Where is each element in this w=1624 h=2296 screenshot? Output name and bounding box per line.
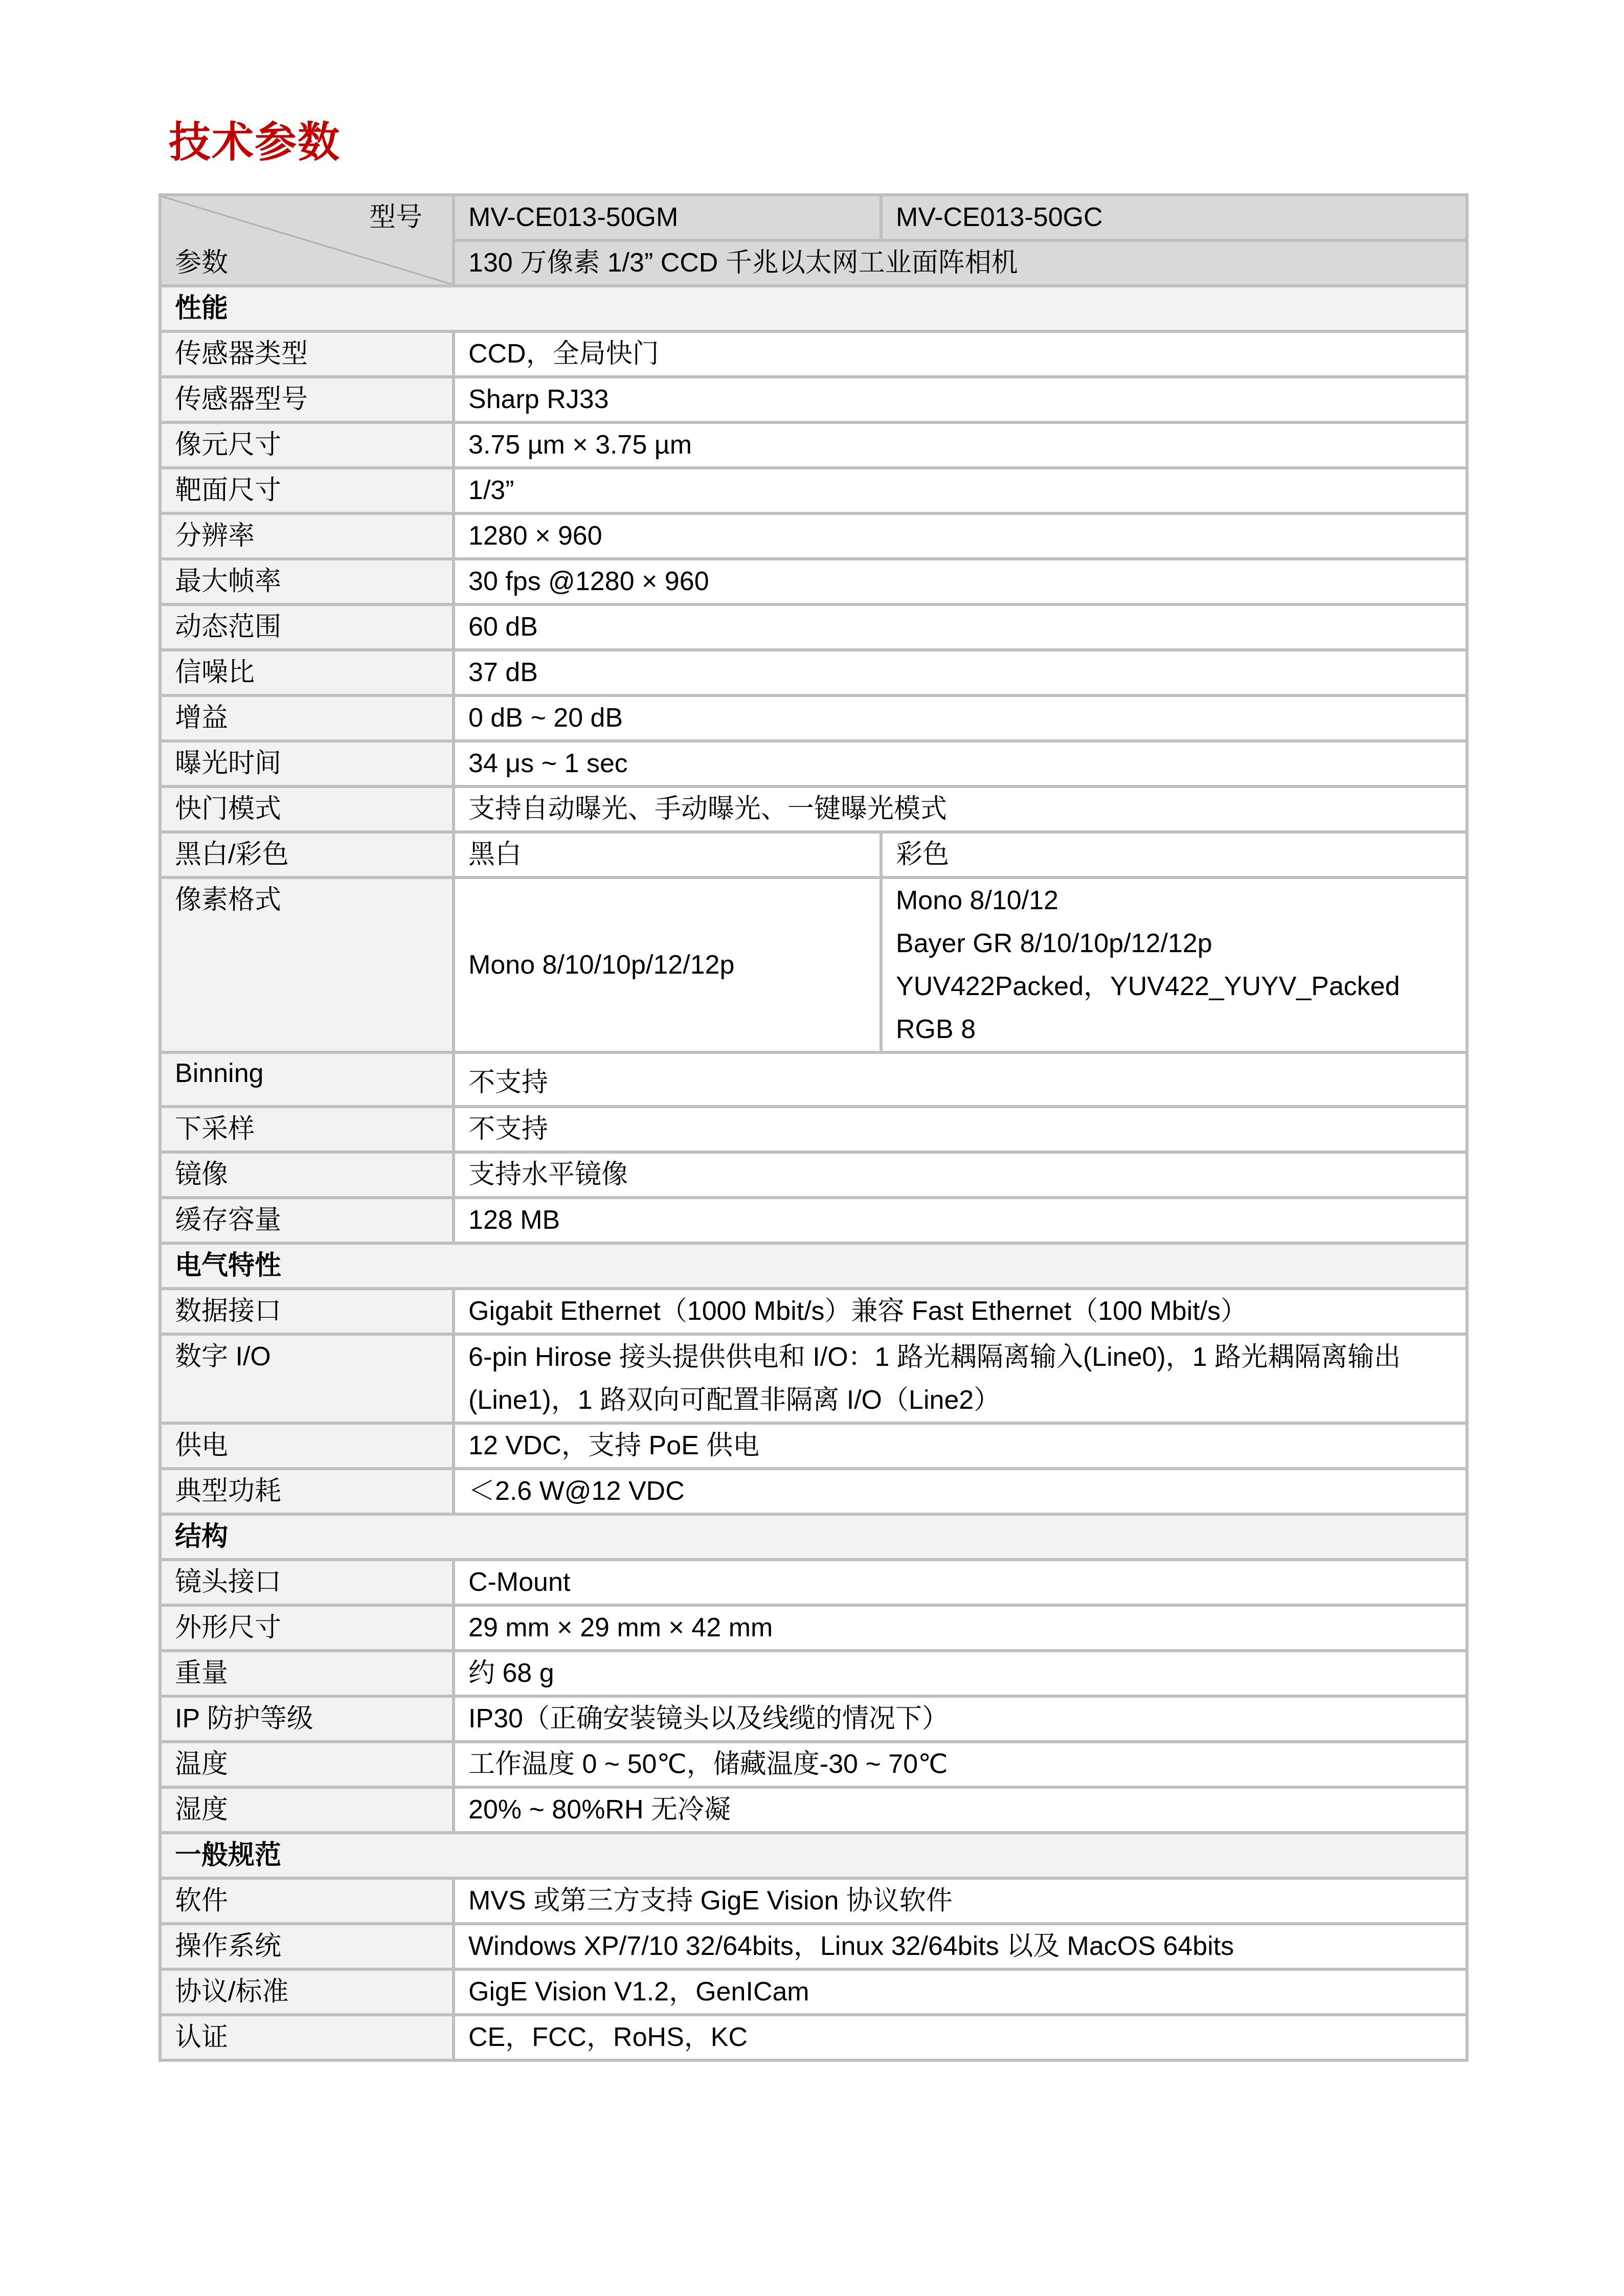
- corner-param-label: 参数: [175, 242, 228, 284]
- table-row: 协议/标准 GigE Vision V1.2，GenICam: [160, 1969, 1467, 2015]
- table-row: 曝光时间 34 μs ~ 1 sec: [160, 741, 1467, 786]
- header-row-models: 型号 参数 MV-CE013-50GM MV-CE013-50GC: [160, 195, 1467, 240]
- table-row: 数字 I/O 6-pin Hirose 接头提供供电和 I/O：1 路光耦隔离输…: [160, 1334, 1467, 1423]
- table-row: 认证 CE，FCC，RoHS，KC: [160, 2015, 1467, 2060]
- table-row: 分辨率 1280 × 960: [160, 513, 1467, 559]
- row-value: 支持自动曝光、手动曝光、一键曝光模式: [454, 786, 1467, 832]
- row-label: 传感器类型: [160, 331, 454, 377]
- row-label: 镜像: [160, 1152, 454, 1198]
- row-label: 曝光时间: [160, 741, 454, 786]
- page-title: 技术参数: [169, 122, 341, 164]
- table-row: 黑白/彩色 黑白 彩色: [160, 832, 1467, 877]
- table-row: 动态范围 60 dB: [160, 604, 1467, 650]
- row-value-gc: Mono 8/10/12 Bayer GR 8/10/10p/12/12p YU…: [881, 877, 1467, 1052]
- row-value: MVS 或第三方支持 GigE Vision 协议软件: [454, 1878, 1467, 1924]
- row-value: 34 μs ~ 1 sec: [454, 741, 1467, 786]
- section-row: 结构: [160, 1514, 1467, 1560]
- row-label: 数据接口: [160, 1289, 454, 1334]
- row-value-gm: Mono 8/10/10p/12/12p: [454, 877, 881, 1052]
- row-value: GigE Vision V1.2，GenICam: [454, 1969, 1467, 2015]
- table-row: 供电 12 VDC，支持 PoE 供电: [160, 1423, 1467, 1469]
- row-value-gm: 黑白: [454, 832, 881, 877]
- section-title-general: 一般规范: [160, 1833, 1467, 1878]
- row-label: 认证: [160, 2015, 454, 2060]
- row-value: 128 MB: [454, 1198, 1467, 1243]
- row-label: 缓存容量: [160, 1198, 454, 1243]
- row-label: 动态范围: [160, 604, 454, 650]
- row-label: 镜头接口: [160, 1560, 454, 1605]
- row-value: 20% ~ 80%RH 无冷凝: [454, 1787, 1467, 1833]
- table-row: 最大帧率 30 fps @1280 × 960: [160, 559, 1467, 604]
- row-label: 供电: [160, 1423, 454, 1469]
- table-row: 镜像 支持水平镜像: [160, 1152, 1467, 1198]
- table-row: 操作系统 Windows XP/7/10 32/64bits，Linux 32/…: [160, 1924, 1467, 1969]
- row-value: CCD，全局快门: [454, 331, 1467, 377]
- row-label: Binning: [160, 1052, 454, 1107]
- pixel-format-line: Mono 8/10/12: [896, 879, 1465, 922]
- table-row: 靶面尺寸 1/3”: [160, 468, 1467, 513]
- row-value: ＜2.6 W@12 VDC: [454, 1469, 1467, 1514]
- table-row: 信噪比 37 dB: [160, 650, 1467, 695]
- row-label: 最大帧率: [160, 559, 454, 604]
- row-label: 温度: [160, 1742, 454, 1787]
- row-label: 外形尺寸: [160, 1605, 454, 1651]
- row-value: 工作温度 0 ~ 50℃，储藏温度-30 ~ 70℃: [454, 1742, 1467, 1787]
- table-row: 典型功耗 ＜2.6 W@12 VDC: [160, 1469, 1467, 1514]
- row-value: 29 mm × 29 mm × 42 mm: [454, 1605, 1467, 1651]
- corner-model-label: 型号: [369, 196, 422, 239]
- table-row: 传感器类型 CCD，全局快门: [160, 331, 1467, 377]
- row-label: 软件: [160, 1878, 454, 1924]
- row-label: 分辨率: [160, 513, 454, 559]
- row-value: CE，FCC，RoHS，KC: [454, 2015, 1467, 2060]
- row-label: 像元尺寸: [160, 422, 454, 468]
- row-value: Windows XP/7/10 32/64bits，Linux 32/64bit…: [454, 1924, 1467, 1969]
- row-label: IP 防护等级: [160, 1696, 454, 1742]
- row-label: 典型功耗: [160, 1469, 454, 1514]
- section-title-electrical: 电气特性: [160, 1243, 1467, 1289]
- section-row: 性能: [160, 286, 1467, 331]
- row-label: 快门模式: [160, 786, 454, 832]
- table-row: 重量 约 68 g: [160, 1651, 1467, 1696]
- row-label: 传感器型号: [160, 377, 454, 422]
- row-value: C-Mount: [454, 1560, 1467, 1605]
- section-row: 一般规范: [160, 1833, 1467, 1878]
- row-value: 3.75 µm × 3.75 µm: [454, 422, 1467, 468]
- row-value: 30 fps @1280 × 960: [454, 559, 1467, 604]
- corner-cell: 型号 参数: [160, 195, 454, 286]
- table-row: 温度 工作温度 0 ~ 50℃，储藏温度-30 ~ 70℃: [160, 1742, 1467, 1787]
- row-value: Sharp RJ33: [454, 377, 1467, 422]
- table-row: 外形尺寸 29 mm × 29 mm × 42 mm: [160, 1605, 1467, 1651]
- model-gc: MV-CE013-50GC: [881, 195, 1467, 240]
- table-row: 下采样 不支持: [160, 1107, 1467, 1152]
- row-value: IP30（正确安装镜头以及线缆的情况下）: [454, 1696, 1467, 1742]
- pixel-format-line: YUV422Packed，YUV422_YUYV_Packed: [896, 965, 1465, 1008]
- row-label: 信噪比: [160, 650, 454, 695]
- table-row: 缓存容量 128 MB: [160, 1198, 1467, 1243]
- row-label: 操作系统: [160, 1924, 454, 1969]
- table-row: 镜头接口 C-Mount: [160, 1560, 1467, 1605]
- row-value-gc: 彩色: [881, 832, 1467, 877]
- spec-table: 型号 参数 MV-CE013-50GM MV-CE013-50GC 130 万像…: [159, 193, 1469, 2062]
- row-label: 协议/标准: [160, 1969, 454, 2015]
- table-row: 像元尺寸 3.75 µm × 3.75 µm: [160, 422, 1467, 468]
- row-label: 重量: [160, 1651, 454, 1696]
- row-value: 12 VDC，支持 PoE 供电: [454, 1423, 1467, 1469]
- section-title-structure: 结构: [160, 1514, 1467, 1560]
- row-label: 湿度: [160, 1787, 454, 1833]
- row-value: 6-pin Hirose 接头提供供电和 I/O：1 路光耦隔离输入(Line0…: [454, 1334, 1467, 1423]
- model-gm: MV-CE013-50GM: [454, 195, 881, 240]
- row-value: 1280 × 960: [454, 513, 1467, 559]
- section-row: 电气特性: [160, 1243, 1467, 1289]
- row-label: 靶面尺寸: [160, 468, 454, 513]
- row-label: 数字 I/O: [160, 1334, 454, 1423]
- row-value: Gigabit Ethernet（1000 Mbit/s）兼容 Fast Eth…: [454, 1289, 1467, 1334]
- table-row-pixel-format: 像素格式 Mono 8/10/10p/12/12p Mono 8/10/12 B…: [160, 877, 1467, 1052]
- row-value: 约 68 g: [454, 1651, 1467, 1696]
- pixel-format-line: Bayer GR 8/10/10p/12/12p: [896, 922, 1465, 965]
- row-value: 不支持: [454, 1052, 1467, 1107]
- row-value: 60 dB: [454, 604, 1467, 650]
- row-value: 0 dB ~ 20 dB: [454, 695, 1467, 741]
- row-label: 像素格式: [160, 877, 454, 1052]
- row-value: 37 dB: [454, 650, 1467, 695]
- table-row: Binning 不支持: [160, 1052, 1467, 1107]
- row-value: 支持水平镜像: [454, 1152, 1467, 1198]
- table-row: 传感器型号 Sharp RJ33: [160, 377, 1467, 422]
- table-row: 快门模式 支持自动曝光、手动曝光、一键曝光模式: [160, 786, 1467, 832]
- row-label: 下采样: [160, 1107, 454, 1152]
- table-row: 软件 MVS 或第三方支持 GigE Vision 协议软件: [160, 1878, 1467, 1924]
- table-row: 数据接口 Gigabit Ethernet（1000 Mbit/s）兼容 Fas…: [160, 1289, 1467, 1334]
- table-row: 增益 0 dB ~ 20 dB: [160, 695, 1467, 741]
- row-label: 黑白/彩色: [160, 832, 454, 877]
- section-title-performance: 性能: [160, 286, 1467, 331]
- row-value: 不支持: [454, 1107, 1467, 1152]
- table-row: IP 防护等级 IP30（正确安装镜头以及线缆的情况下）: [160, 1696, 1467, 1742]
- row-label: 增益: [160, 695, 454, 741]
- pixel-format-line: RGB 8: [896, 1008, 1465, 1051]
- table-row: 湿度 20% ~ 80%RH 无冷凝: [160, 1787, 1467, 1833]
- row-value: 1/3”: [454, 468, 1467, 513]
- model-description: 130 万像素 1/3” CCD 千兆以太网工业面阵相机: [454, 240, 1467, 286]
